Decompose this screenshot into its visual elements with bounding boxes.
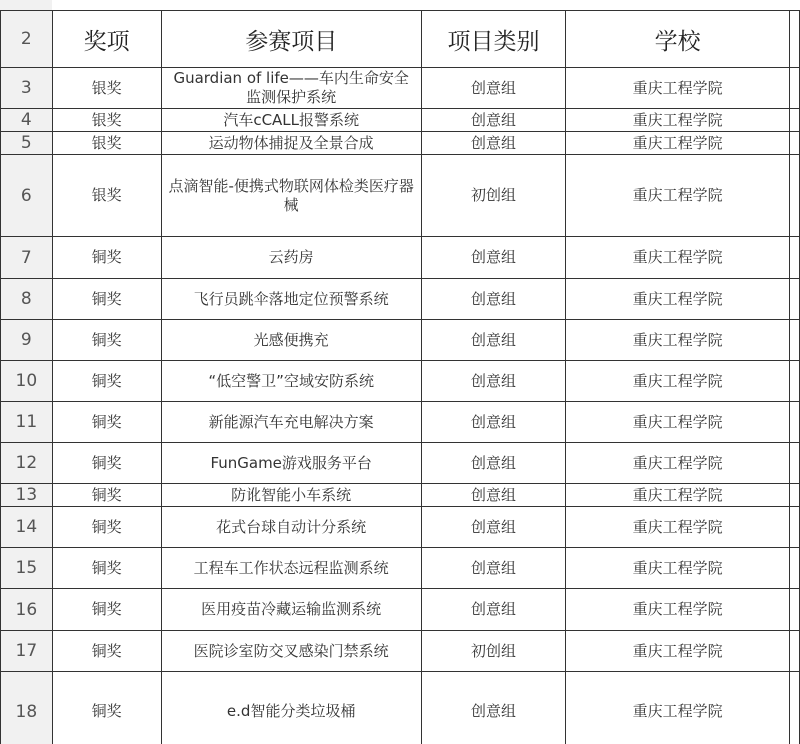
row-number[interactable]: 4 — [1, 109, 53, 132]
school-cell[interactable]: 重庆工程学院 — [566, 109, 790, 132]
school-cell[interactable]: 重庆工程学院 — [566, 589, 790, 631]
next-column-cell[interactable] — [790, 443, 800, 484]
table-row: 13铜奖防讹智能小车系统创意组重庆工程学院 — [1, 484, 800, 507]
row-number[interactable]: 7 — [1, 237, 53, 279]
category-cell[interactable]: 创意组 — [421, 402, 566, 443]
table-row: 9铜奖光感便携充创意组重庆工程学院 — [1, 320, 800, 361]
row-number[interactable]: 16 — [1, 589, 53, 631]
school-cell[interactable]: 重庆工程学院 — [566, 279, 790, 320]
school-cell[interactable]: 重庆工程学院 — [566, 672, 790, 744]
next-column-cell[interactable] — [790, 589, 800, 631]
table-row: 17铜奖医院诊室防交叉感染门禁系统初创组重庆工程学院 — [1, 631, 800, 672]
header-school[interactable]: 学校 — [566, 11, 790, 68]
project-cell[interactable]: 工程车工作状态远程监测系统 — [161, 548, 421, 589]
category-cell[interactable]: 创意组 — [421, 109, 566, 132]
row-number[interactable]: 17 — [1, 631, 53, 672]
award-cell[interactable]: 铜奖 — [52, 402, 161, 443]
row-number[interactable]: 3 — [1, 68, 53, 109]
header-category[interactable]: 项目类别 — [421, 11, 566, 68]
award-cell[interactable]: 铜奖 — [52, 631, 161, 672]
category-cell[interactable]: 创意组 — [421, 132, 566, 155]
next-column-cell[interactable] — [790, 548, 800, 589]
next-column-cell[interactable] — [790, 109, 800, 132]
table-row: 4银奖汽车cCALL报警系统创意组重庆工程学院 — [1, 109, 800, 132]
header-award[interactable]: 奖项 — [52, 11, 161, 68]
school-cell[interactable]: 重庆工程学院 — [566, 361, 790, 402]
next-column-cell[interactable] — [790, 279, 800, 320]
project-cell[interactable]: 点滴智能-便携式物联网体检类医疗器械 — [161, 155, 421, 237]
next-column-cell[interactable] — [790, 402, 800, 443]
next-column-cell[interactable] — [790, 507, 800, 548]
award-cell[interactable]: 银奖 — [52, 68, 161, 109]
school-cell[interactable]: 重庆工程学院 — [566, 237, 790, 279]
award-cell[interactable]: 铜奖 — [52, 672, 161, 744]
category-cell[interactable]: 创意组 — [421, 320, 566, 361]
next-column-cell[interactable] — [790, 11, 800, 68]
school-cell[interactable]: 重庆工程学院 — [566, 507, 790, 548]
table-row: 7铜奖云药房创意组重庆工程学院 — [1, 237, 800, 279]
next-column-cell[interactable] — [790, 155, 800, 237]
table-row: 15铜奖工程车工作状态远程监测系统创意组重庆工程学院 — [1, 548, 800, 589]
school-cell[interactable]: 重庆工程学院 — [566, 548, 790, 589]
award-cell[interactable]: 铜奖 — [52, 320, 161, 361]
table-row: 18铜奖e.d智能分类垃圾桶创意组重庆工程学院 — [1, 672, 800, 744]
category-cell[interactable]: 初创组 — [421, 631, 566, 672]
school-cell[interactable]: 重庆工程学院 — [566, 402, 790, 443]
next-column-cell[interactable] — [790, 484, 800, 507]
row-number[interactable]: 8 — [1, 279, 53, 320]
next-column-cell[interactable] — [790, 68, 800, 109]
category-cell[interactable]: 创意组 — [421, 589, 566, 631]
next-column-cell[interactable] — [790, 320, 800, 361]
category-cell[interactable]: 创意组 — [421, 443, 566, 484]
next-column-cell[interactable] — [790, 672, 800, 744]
table-row: 11铜奖新能源汽车充电解决方案创意组重庆工程学院 — [1, 402, 800, 443]
school-cell[interactable]: 重庆工程学院 — [566, 68, 790, 109]
school-cell[interactable]: 重庆工程学院 — [566, 631, 790, 672]
category-cell[interactable]: 创意组 — [421, 507, 566, 548]
school-cell[interactable]: 重庆工程学院 — [566, 320, 790, 361]
next-column-cell[interactable] — [790, 361, 800, 402]
category-cell[interactable]: 创意组 — [421, 279, 566, 320]
award-cell[interactable]: 银奖 — [52, 109, 161, 132]
row-number[interactable]: 15 — [1, 548, 53, 589]
table-row: 8铜奖飞行员跳伞落地定位预警系统创意组重庆工程学院 — [1, 279, 800, 320]
school-cell[interactable]: 重庆工程学院 — [566, 155, 790, 237]
row-number[interactable]: 18 — [1, 672, 53, 744]
category-cell[interactable]: 初创组 — [421, 155, 566, 237]
row-number[interactable]: 13 — [1, 484, 53, 507]
row-number[interactable]: 6 — [1, 155, 53, 237]
project-cell[interactable]: FunGame游戏服务平台 — [161, 443, 421, 484]
school-cell[interactable]: 重庆工程学院 — [566, 132, 790, 155]
project-cell[interactable]: 运动物体捕捉及全景合成 — [161, 132, 421, 155]
row-number[interactable]: 2 — [1, 11, 53, 68]
project-cell[interactable]: 医院诊室防交叉感染门禁系统 — [161, 631, 421, 672]
award-cell[interactable]: 铜奖 — [52, 443, 161, 484]
header-project[interactable]: 参赛项目 — [161, 11, 421, 68]
award-cell[interactable]: 银奖 — [52, 132, 161, 155]
table-row: 10铜奖“低空警卫”空域安防系统创意组重庆工程学院 — [1, 361, 800, 402]
row-number[interactable]: 11 — [1, 402, 53, 443]
award-cell[interactable]: 铜奖 — [52, 361, 161, 402]
project-cell[interactable]: 新能源汽车充电解决方案 — [161, 402, 421, 443]
row-number[interactable]: 9 — [1, 320, 53, 361]
project-cell[interactable]: Guardian of life——车内生命安全监测保护系统 — [161, 68, 421, 109]
school-cell[interactable]: 重庆工程学院 — [566, 443, 790, 484]
row-number[interactable]: 12 — [1, 443, 53, 484]
row-header-strip — [0, 0, 52, 10]
category-cell[interactable]: 创意组 — [421, 484, 566, 507]
project-cell[interactable]: 飞行员跳伞落地定位预警系统 — [161, 279, 421, 320]
table-row: 12铜奖FunGame游戏服务平台创意组重庆工程学院 — [1, 443, 800, 484]
project-cell[interactable]: “低空警卫”空域安防系统 — [161, 361, 421, 402]
project-cell[interactable]: 光感便携充 — [161, 320, 421, 361]
row-number[interactable]: 5 — [1, 132, 53, 155]
category-cell[interactable]: 创意组 — [421, 361, 566, 402]
table-row: 6银奖点滴智能-便携式物联网体检类医疗器械初创组重庆工程学院 — [1, 155, 800, 237]
award-cell[interactable]: 铜奖 — [52, 279, 161, 320]
award-cell[interactable]: 铜奖 — [52, 484, 161, 507]
table-row: 3银奖Guardian of life——车内生命安全监测保护系统创意组重庆工程… — [1, 68, 800, 109]
award-cell[interactable]: 铜奖 — [52, 589, 161, 631]
project-cell[interactable]: 防讹智能小车系统 — [161, 484, 421, 507]
category-cell[interactable]: 创意组 — [421, 672, 566, 744]
category-cell[interactable]: 创意组 — [421, 68, 566, 109]
project-cell[interactable]: e.d智能分类垃圾桶 — [161, 672, 421, 744]
project-cell[interactable]: 花式台球自动计分系统 — [161, 507, 421, 548]
table-row: 5银奖运动物体捕捉及全景合成创意组重庆工程学院 — [1, 132, 800, 155]
header-row: 2 奖项 参赛项目 项目类别 学校 — [1, 11, 800, 68]
table-row: 16铜奖医用疫苗冷藏运输监测系统创意组重庆工程学院 — [1, 589, 800, 631]
table-row: 14铜奖花式台球自动计分系统创意组重庆工程学院 — [1, 507, 800, 548]
row-number[interactable]: 10 — [1, 361, 53, 402]
spreadsheet-view: 2 奖项 参赛项目 项目类别 学校 3银奖Guardian of life——车… — [0, 0, 800, 744]
next-column-cell[interactable] — [790, 631, 800, 672]
school-cell[interactable]: 重庆工程学院 — [566, 484, 790, 507]
next-column-cell[interactable] — [790, 237, 800, 279]
award-cell[interactable]: 铜奖 — [52, 548, 161, 589]
row-number[interactable]: 14 — [1, 507, 53, 548]
category-cell[interactable]: 创意组 — [421, 237, 566, 279]
next-column-cell[interactable] — [790, 132, 800, 155]
award-cell[interactable]: 铜奖 — [52, 507, 161, 548]
project-cell[interactable]: 医用疫苗冷藏运输监测系统 — [161, 589, 421, 631]
awards-table: 2 奖项 参赛项目 项目类别 学校 3银奖Guardian of life——车… — [0, 10, 800, 744]
award-cell[interactable]: 银奖 — [52, 155, 161, 237]
project-cell[interactable]: 云药房 — [161, 237, 421, 279]
previous-row-strip — [0, 0, 800, 10]
category-cell[interactable]: 创意组 — [421, 548, 566, 589]
award-cell[interactable]: 铜奖 — [52, 237, 161, 279]
project-cell[interactable]: 汽车cCALL报警系统 — [161, 109, 421, 132]
